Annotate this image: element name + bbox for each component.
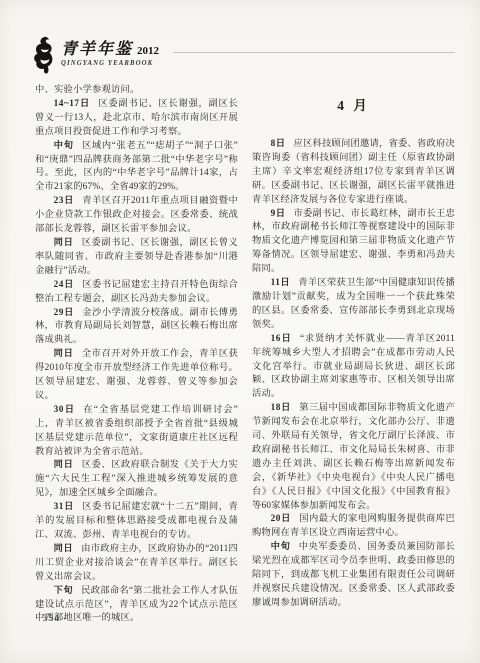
logo-title: 青羊年鉴 bbox=[61, 42, 133, 58]
right-column: 4 月 8日应区科技顾问团邀请，省委、省政府决策咨询委（省科技顾问团）副主任（原… bbox=[252, 84, 455, 626]
date-marker: 同日 bbox=[54, 460, 74, 470]
logo-subtitle: QINGYANG YEARBOOK bbox=[61, 61, 159, 68]
logo-text: 青羊年鉴 2012 QINGYANG YEARBOOK bbox=[61, 42, 159, 68]
date-marker: 中旬 bbox=[271, 542, 291, 552]
date-marker: 同日 bbox=[54, 349, 74, 359]
goat-figure-logo-icon bbox=[34, 36, 56, 74]
date-marker: 下旬 bbox=[54, 586, 74, 596]
chronicle-paragraph: 同日区委副书记、区长谢强，副区长曾义率队随同省、市政府主要领导赴香港参加“川港金… bbox=[35, 237, 238, 279]
yearbook-logo: 青羊年鉴 2012 QINGYANG YEARBOOK bbox=[34, 36, 159, 74]
chronicle-paragraph: 23日青羊区召开2011年重点项目融资暨中小企业贷款工作银政企对接会。区委常委、… bbox=[35, 195, 238, 237]
date-marker: 31日 bbox=[54, 502, 75, 512]
chronicle-paragraph: 中旬区域内“张老五”“痣胡子”“洞子口张”和“庚鼎”四品牌获商务部第二批“中华老… bbox=[35, 140, 238, 196]
date-marker: 同日 bbox=[54, 238, 74, 248]
chronicle-paragraph: 14~17日区委副书记、区长谢强，副区长曾义一行13人，赴北京市、哈尔滨市南岗区… bbox=[35, 98, 238, 140]
page-number: · 354 · bbox=[35, 614, 67, 624]
date-marker: 23日 bbox=[54, 196, 75, 206]
date-marker: 29日 bbox=[54, 308, 75, 318]
chronicle-paragraph: 11日青羊区荣获卫生部“中国健康知识传播激励计划”贡献奖，成为全国唯一一个获此殊… bbox=[252, 277, 455, 333]
chronicle-paragraph: 24日区委书记屈建宏主持召开特色街综合整治工程专题会，副区长冯劲夫参加会议。 bbox=[35, 279, 238, 307]
chronicle-paragraph: 18日第三届中国成都国际非物质文化遗产节新闻发布会在北京举行，文化部办公厅、非遗… bbox=[252, 402, 455, 513]
logo-year: 2012 bbox=[137, 46, 159, 57]
chronicle-paragraph: 中旬中央军委委员、国务委员兼国防部长梁光烈在成都军区司令员李世明、政委田修思的陪… bbox=[252, 541, 455, 611]
chronicle-paragraph: 31日区委书记屈建宏就“十二五”期间，青羊的发展目标和整体思路接受成都电视台及蒲… bbox=[35, 501, 238, 543]
page-header: 青羊年鉴 2012 QINGYANG YEARBOOK bbox=[34, 36, 455, 74]
yearbook-page: 青羊年鉴 2012 QINGYANG YEARBOOK 中、实验小学参观访问。1… bbox=[0, 0, 480, 663]
chronicle-paragraph: 同日全市召开对外开放工作会，青羊区获得2010年度全市开放型经济工作先进单位称号… bbox=[35, 348, 238, 404]
left-column: 中、实验小学参观访问。14~17日区委副书记、区长谢强，副区长曾义一行13人，赴… bbox=[35, 84, 238, 626]
date-marker: 30日 bbox=[54, 405, 76, 415]
date-marker: 20日 bbox=[271, 514, 292, 524]
chronicle-paragraph: 中、实验小学参观访问。 bbox=[35, 84, 238, 98]
date-marker: 18日 bbox=[271, 403, 292, 413]
chronicle-paragraph: 30日在“全省基层党建工作培训研讨会”上，青羊区被省委组织部授予全省首批“县级城… bbox=[35, 404, 238, 460]
chronicle-paragraph: 8日应区科技顾问团邀请，省委、省政府决策咨询委（省科技顾问团）副主任（原省政协副… bbox=[252, 138, 455, 208]
chronicle-paragraph: 同日由市政府主办，区政府协办的“2011四川工贸企业对接洽谈会”在青羊区举行。副… bbox=[35, 543, 238, 585]
date-marker: 24日 bbox=[54, 280, 75, 290]
month-section-header: 4 月 bbox=[252, 99, 455, 113]
right-column-body: 8日应区科技顾问团邀请，省委、省政府决策咨询委（省科技顾问团）副主任（原省政协副… bbox=[252, 138, 455, 611]
date-marker: 11日 bbox=[271, 278, 291, 288]
date-marker: 8日 bbox=[271, 139, 286, 149]
chronicle-paragraph: 29日金沙小学清波分校落成。副市长傅勇林，市教育局副局长刘智慧，副区长赖石梅出席… bbox=[35, 307, 238, 349]
date-marker: 中旬 bbox=[54, 141, 74, 151]
date-marker: 同日 bbox=[54, 544, 74, 554]
chronicle-paragraph: 9日市委副书记、市长葛红林，副市长王忠林，市政府副秘书长师江等视察建设中的国际非… bbox=[252, 208, 455, 278]
date-marker: 14~17日 bbox=[54, 99, 91, 109]
chronicle-paragraph: 16日“求贤纳才关怀就业——青羊区2011年统筹城乡大型人才招聘会”在成都市劳动… bbox=[252, 333, 455, 403]
date-marker: 9日 bbox=[271, 209, 286, 219]
chronicle-paragraph: 20日国内最大的家电网购服务提供商库巴购物网在青羊区设立西南运营中心。 bbox=[252, 513, 455, 541]
chronicle-paragraph: 同日区委、区政府联合制发《关于大力实施“六大民生工程”深入推进城乡统筹发展的意见… bbox=[35, 459, 238, 501]
text-columns: 中、实验小学参观访问。14~17日区委副书记、区长谢强，副区长曾义一行13人，赴… bbox=[35, 84, 455, 626]
date-marker: 16日 bbox=[271, 334, 292, 344]
header-rule bbox=[173, 52, 455, 53]
